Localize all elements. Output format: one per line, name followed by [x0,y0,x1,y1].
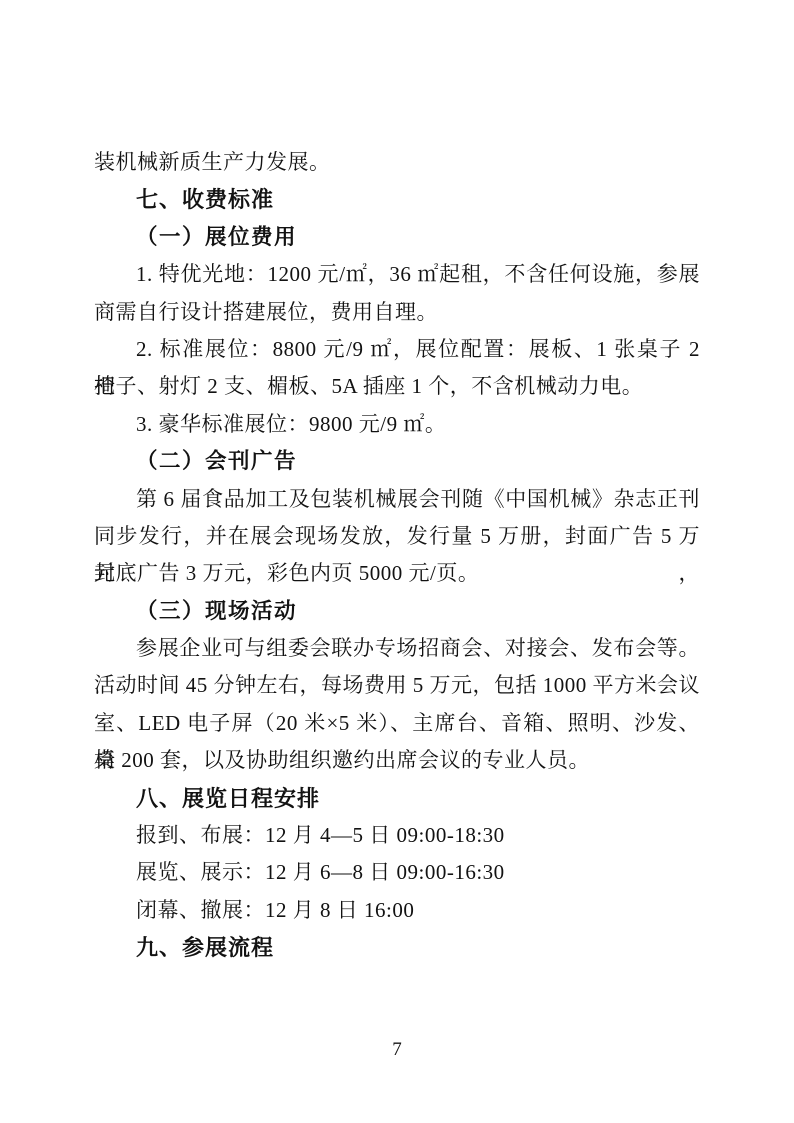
page-number: 7 [0,1038,794,1062]
heading-section-7-fees: 七、收费标准 [94,181,700,218]
subheading-onsite-activities: （三）现场活动 [94,593,700,630]
fee-item-2-line-2: 椅子、射灯 2 支、楣板、5A 插座 1 个，不含机械动力电。 [94,368,700,405]
fee-item-1-line-1: 1. 特优光地：1200 元/㎡，36 ㎡起租，不含任何设施，参展 [94,256,700,293]
schedule-exhibition: 展览、展示：12 月 6—8 日 09:00-16:30 [94,854,700,891]
subheading-booth-fees: （一）展位费用 [94,219,700,256]
subheading-journal-ads: （二）会刊广告 [94,443,700,480]
fee-item-2-line-1: 2. 标准展位：8800 元/9 ㎡，展位配置：展板、1 张桌子 2 把 [94,331,700,368]
schedule-move-in: 报到、布展：12 月 4—5 日 09:00-18:30 [94,817,700,854]
activities-para-line-3: 室、LED 电子屏（20 米×5 米）、主席台、音箱、照明、沙发、桌 [94,705,700,742]
fee-item-3: 3. 豪华标准展位：9800 元/9 ㎡。 [94,406,700,443]
heading-section-8-schedule: 八、展览日程安排 [94,780,700,817]
journal-para-line-2: 同步发行，并在展会现场发放，发行量 5 万册，封面广告 5 万元， [94,518,700,555]
para-intro-end: 装机械新质生产力发展。 [94,144,700,181]
fee-item-1-line-2: 商需自行设计搭建展位，费用自理。 [94,294,700,331]
activities-para-line-4: 椅 200 套，以及协助组织邀约出席会议的专业人员。 [94,742,700,779]
activities-para-line-2: 活动时间 45 分钟左右，每场费用 5 万元，包括 1000 平方米会议 [94,667,700,704]
document-body: 装机械新质生产力发展。 七、收费标准 （一）展位费用 1. 特优光地：1200 … [94,144,700,967]
schedule-closing: 闭幕、撤展：12 月 8 日 16:00 [94,892,700,929]
activities-para-line-1: 参展企业可与组委会联办专场招商会、对接会、发布会等。 [94,630,700,667]
heading-section-9-process: 九、参展流程 [94,929,700,966]
document-page: 装机械新质生产力发展。 七、收费标准 （一）展位费用 1. 特优光地：1200 … [0,0,794,1123]
journal-para-line-1: 第 6 届食品加工及包装机械展会刊随《中国机械》杂志正刊 [94,481,700,518]
